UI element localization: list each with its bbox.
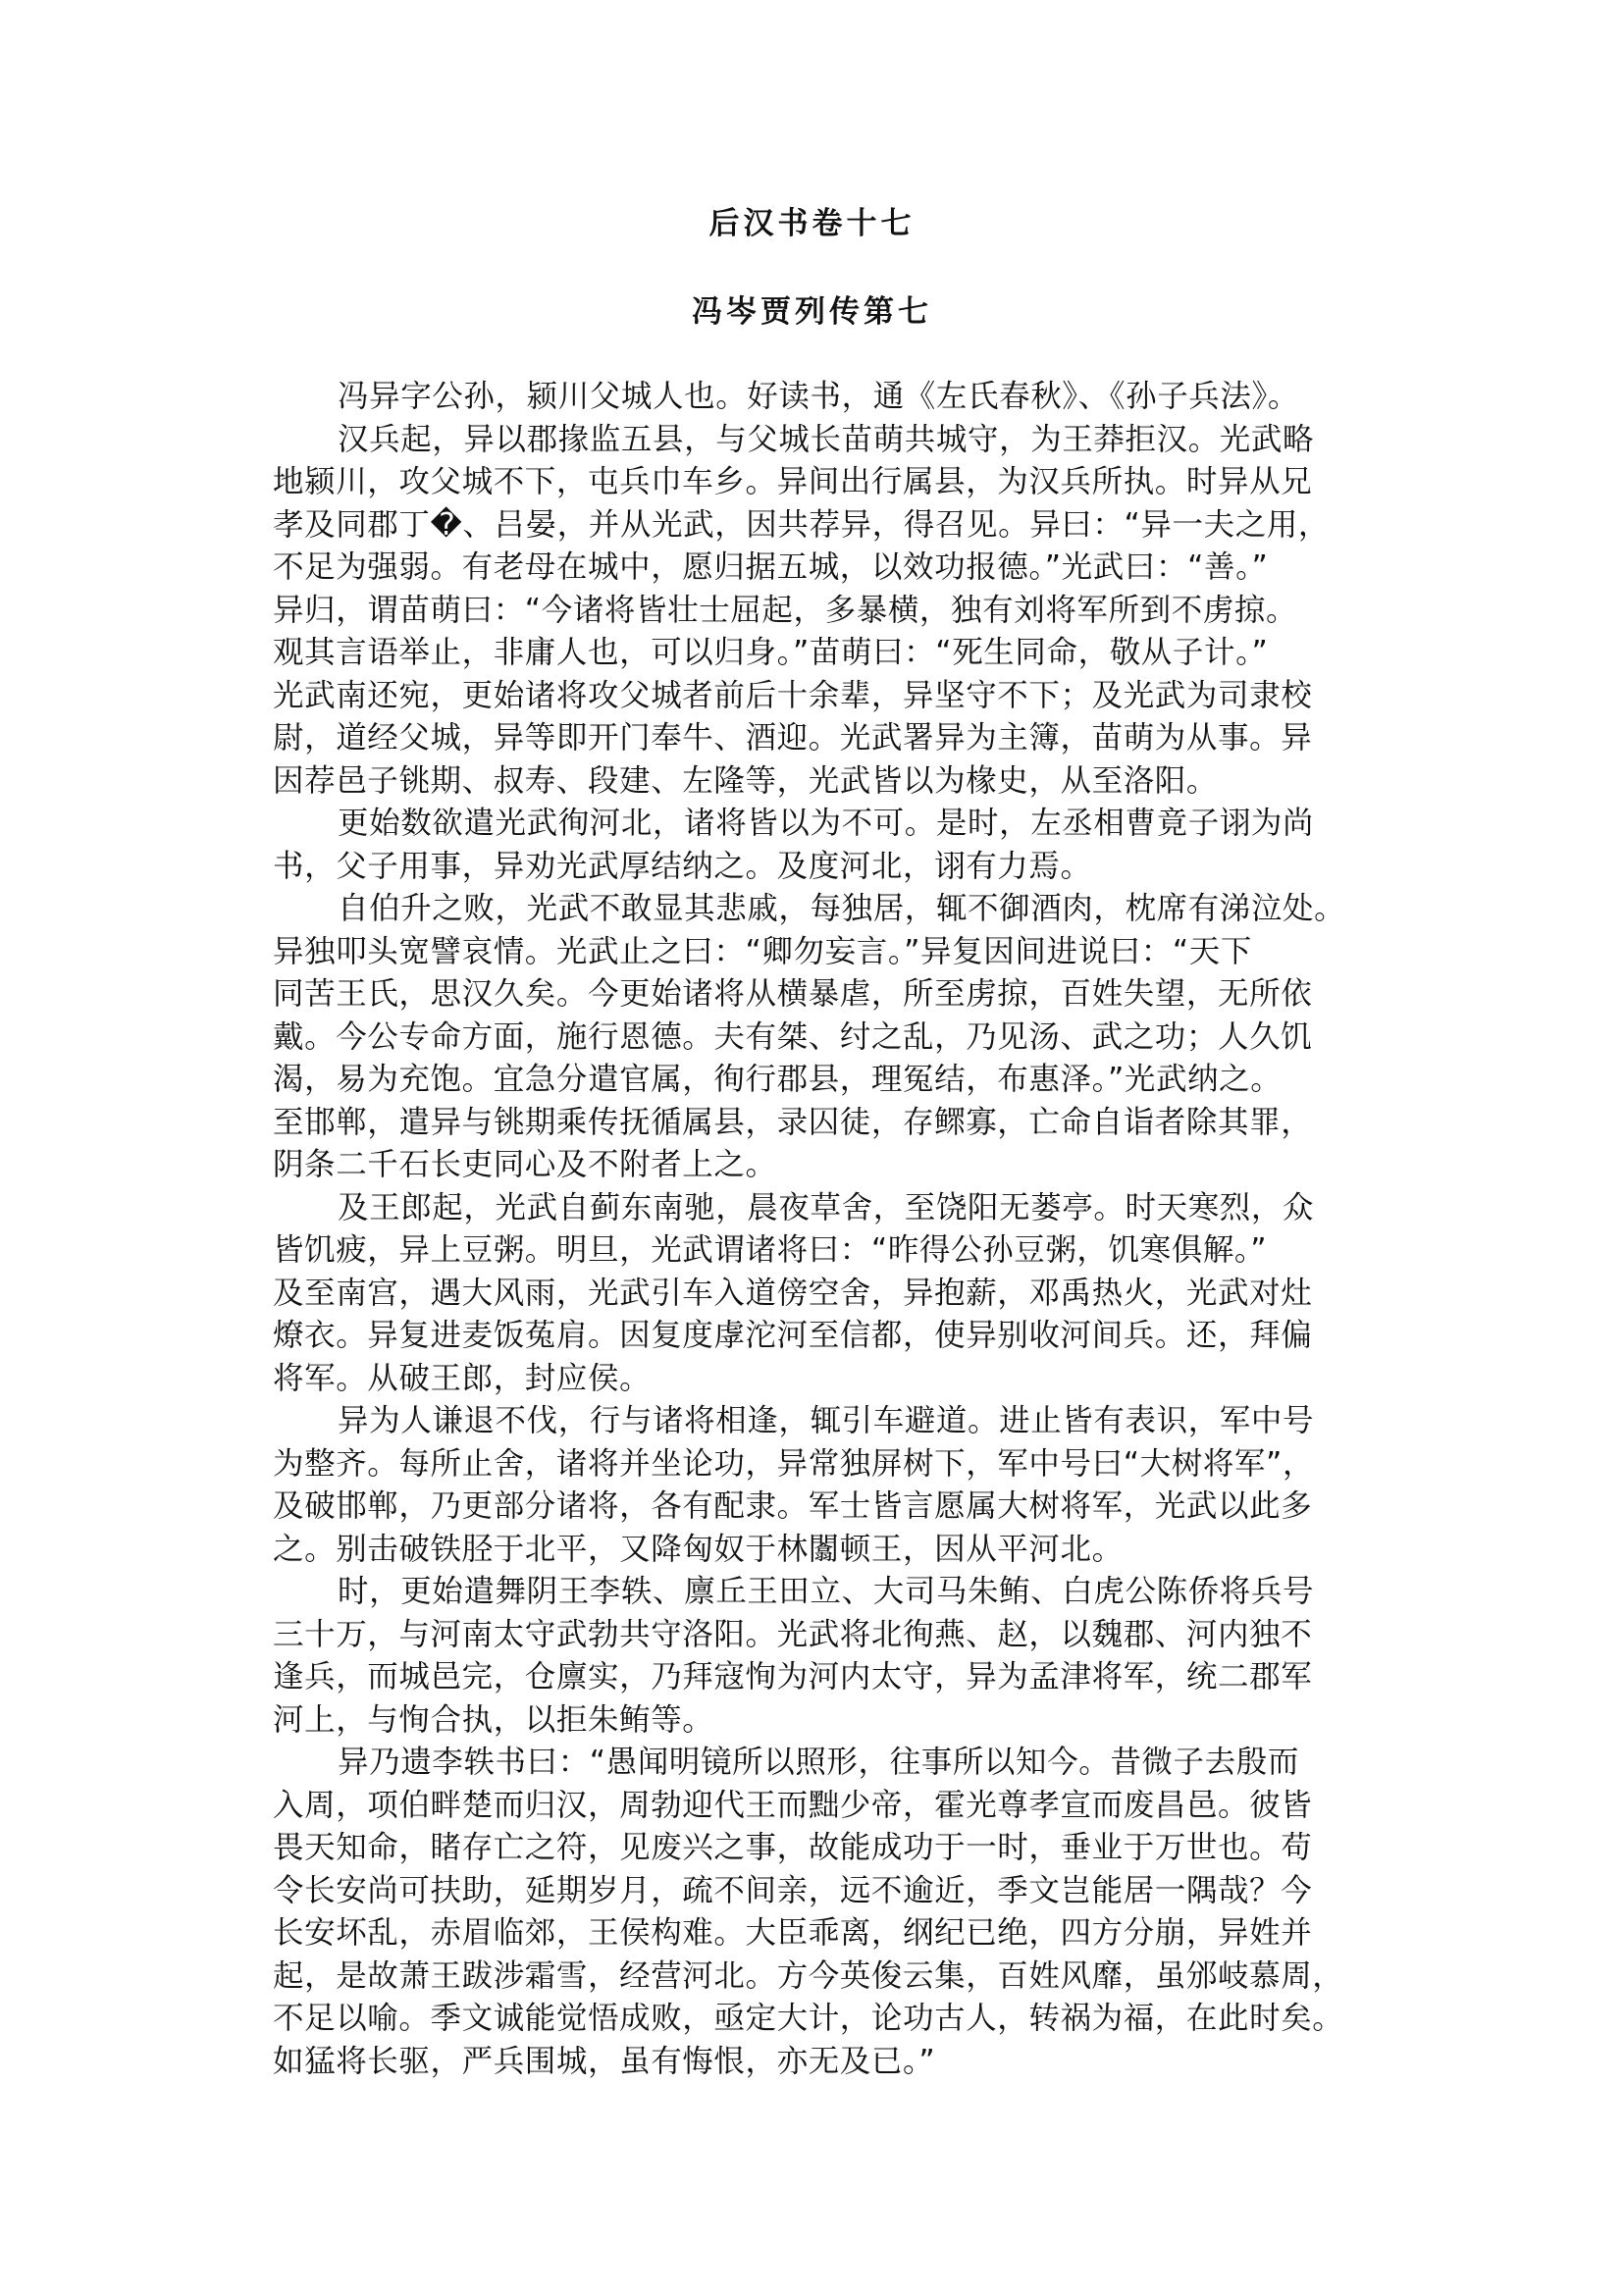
paragraph-line: 燎衣。异复进麦饭菟肩。因复度虖沱河至信都，使异别收河间兵。还，拜偏 — [273, 1315, 1352, 1358]
paragraph-line: 皆饥疲，异上豆粥。明旦，光武谓诸将曰：“昨得公孙豆粥，饥寒俱解。” — [273, 1229, 1352, 1273]
paragraph-line: 尉，道经父城，异等即开门奉牛、酒迎。光武署异为主簿，苗萌为从事。异 — [273, 717, 1352, 760]
paragraph-line: 畏天知命，睹存亡之符，见废兴之事，故能成功于一时，垂业于万世也。苟 — [273, 1827, 1352, 1870]
book-title: 后汉书卷十七 — [0, 204, 1624, 243]
paragraph-first-line: 汉兵起，异以郡掾监五县，与父城长苗萌共城守，为王莽拒汉。光武略 — [273, 419, 1352, 462]
paragraph-line: 如猛将长驱，严兵围城，虽有悔恨，亦无及已。” — [273, 2041, 1352, 2084]
document-body: 冯异字公孙，颍川父城人也。好读书，通《左氏春秋》、《孙子兵法》。汉兵起，异以郡掾… — [273, 376, 1352, 2083]
paragraph-line: 戴。今公专命方面，施行恩德。夫有桀、纣之乱，乃见汤、武之功；人久饥 — [273, 1017, 1352, 1060]
paragraph-line: 同苦王氏，思汉久矣。今更始诸将从横暴虐，所至虏掠，百姓失望，无所依 — [273, 973, 1352, 1017]
chapter-title: 冯岑贾列传第七 — [0, 292, 1624, 332]
paragraph-first-line: 更始数欲遣光武徇河北，诸将皆以为不可。是时，左丞相曹竟子诩为尚 — [273, 803, 1352, 846]
paragraph-line: 将军。从破王郎，封应侯。 — [273, 1358, 1352, 1401]
paragraph: 异为人谦退不伐，行与诸将相逢，辄引车避道。进止皆有表识，军中号为整齐。每所止舍，… — [273, 1400, 1352, 1571]
paragraph-line: 地颍川，攻父城不下，屯兵巾车乡。异间出行属县，为汉兵所执。时异从兄 — [273, 461, 1352, 504]
paragraph-line: 及至南宫，遇大风雨，光武引车入道傍空舍，异抱薪，邓禹热火，光武对灶 — [273, 1273, 1352, 1316]
paragraph-line: 书，父子用事，异劝光武厚结纳之。及度河北，诩有力焉。 — [273, 846, 1352, 889]
paragraph-line: 为整齐。每所止舍，诸将并坐论功，异常独屏树下，军中号曰“大树将军”， — [273, 1443, 1352, 1486]
paragraph: 时，更始遣舞阴王李轶、廪丘王田立、大司马朱鲔、白虎公陈侨将兵号三十万，与河南太守… — [273, 1571, 1352, 1742]
paragraph: 及王郎起，光武自蓟东南驰，晨夜草舍，至饶阳无蒌亭。时天寒烈，众皆饥疲，异上豆粥。… — [273, 1187, 1352, 1401]
paragraph-line: 异独叩头宽譬哀情。光武止之曰：“卿勿妄言。”异复因间进说曰：“天下 — [273, 931, 1352, 974]
document-page: 后汉书卷十七 冯岑贾列传第七 冯异字公孙，颍川父城人也。好读书，通《左氏春秋》、… — [0, 0, 1624, 2294]
paragraph-line: 河上，与恂合执，以拒朱鲔等。 — [273, 1699, 1352, 1743]
paragraph: 更始数欲遣光武徇河北，诸将皆以为不可。是时，左丞相曹竟子诩为尚书，父子用事，异劝… — [273, 803, 1352, 888]
paragraph-first-line: 自伯升之败，光武不敢显其悲戚，每独居，辄不御酒肉，枕席有涕泣处。 — [273, 888, 1352, 931]
paragraph-line: 不足为强弱。有老母在城中，愿归据五城，以效功报德。”光武曰：“善。” — [273, 547, 1352, 590]
paragraph: 冯异字公孙，颍川父城人也。好读书，通《左氏春秋》、《孙子兵法》。 — [273, 376, 1352, 419]
paragraph-line: 至邯郸，遣异与铫期乘传抚循属县，录囚徒，存鳏寡，亡命自诣者除其罪， — [273, 1102, 1352, 1145]
paragraph-first-line: 异为人谦退不伐，行与诸将相逢，辄引车避道。进止皆有表识，军中号 — [273, 1400, 1352, 1443]
paragraph: 异乃遗李轶书曰：“愚闻明镜所以照形，往事所以知今。昔微子去殷而入周，项伯畔楚而归… — [273, 1742, 1352, 2083]
paragraph-line: 渴，易为充饱。宜急分遣官属，徇行郡县，理冤结，布惠泽。”光武纳之。 — [273, 1059, 1352, 1102]
paragraph-line: 起，是故萧王跋涉霜雪，经营河北。方今英俊云集，百姓风靡，虽邠岐慕周， — [273, 1955, 1352, 1999]
paragraph-line: 及破邯郸，乃更部分诸将，各有配隶。军士皆言愿属大树将军，光武以此多 — [273, 1486, 1352, 1529]
paragraph-line: 三十万，与河南太守武勃共守洛阳。光武将北徇燕、赵，以魏郡、河内独不 — [273, 1614, 1352, 1657]
paragraph-line: 令长安尚可扶助，延期岁月，疏不间亲，远不逾近，季文岂能居一隅哉？今 — [273, 1870, 1352, 1913]
paragraph-line: 因荐邑子铫期、叔寿、段建、左隆等，光武皆以为椽史，从至洛阳。 — [273, 760, 1352, 804]
paragraph-first-line: 时，更始遣舞阴王李轶、廪丘王田立、大司马朱鲔、白虎公陈侨将兵号 — [273, 1571, 1352, 1614]
paragraph-first-line: 及王郎起，光武自蓟东南驰，晨夜草舍，至饶阳无蒌亭。时天寒烈，众 — [273, 1187, 1352, 1230]
paragraph-line: 阴条二千石长吏同心及不附者上之。 — [273, 1144, 1352, 1187]
paragraph-line: 长安坏乱，赤眉临郊，王侯构难。大臣乖离，纲纪已绝，四方分崩，异姓并 — [273, 1912, 1352, 1955]
paragraph-line: 不足以喻。季文诚能觉悟成败，亟定大计，论功古人，转祸为福，在此时矣。 — [273, 1998, 1352, 2041]
paragraph-line: 之。别击破铁胫于北平，又降匈奴于林闟顿王，因从平河北。 — [273, 1529, 1352, 1572]
paragraph-line: 入周，项伯畔楚而归汉，周勃迎代王而黜少帝，霍光尊孝宣而废昌邑。彼皆 — [273, 1785, 1352, 1828]
paragraph-line: 异归，谓苗萌曰：“今诸将皆壮士屈起，多暴横，独有刘将军所到不虏掠。 — [273, 590, 1352, 633]
paragraph-line: 逢兵，而城邑完，仓廪实，乃拜寇恂为河内太守，异为孟津将军，统二郡军 — [273, 1656, 1352, 1699]
paragraph: 汉兵起，异以郡掾监五县，与父城长苗萌共城守，为王莽拒汉。光武略地颍川，攻父城不下… — [273, 419, 1352, 804]
paragraph-line: 孝及同郡丁�、吕晏，并从光武，因共荐异，得召见。异曰：“异一夫之用， — [273, 504, 1352, 547]
paragraph-line: 光武南还宛，更始诸将攻父城者前后十余辈，异坚守不下；及光武为司隶校 — [273, 675, 1352, 718]
paragraph-first-line: 冯异字公孙，颍川父城人也。好读书，通《左氏春秋》、《孙子兵法》。 — [273, 376, 1352, 419]
paragraph-line: 观其言语举止，非庸人也，可以归身。”苗萌曰：“死生同命，敬从子计。” — [273, 632, 1352, 675]
paragraph: 自伯升之败，光武不敢显其悲戚，每独居，辄不御酒肉，枕席有涕泣处。异独叩头宽譬哀情… — [273, 888, 1352, 1187]
paragraph-first-line: 异乃遗李轶书曰：“愚闻明镜所以照形，往事所以知今。昔微子去殷而 — [273, 1742, 1352, 1785]
